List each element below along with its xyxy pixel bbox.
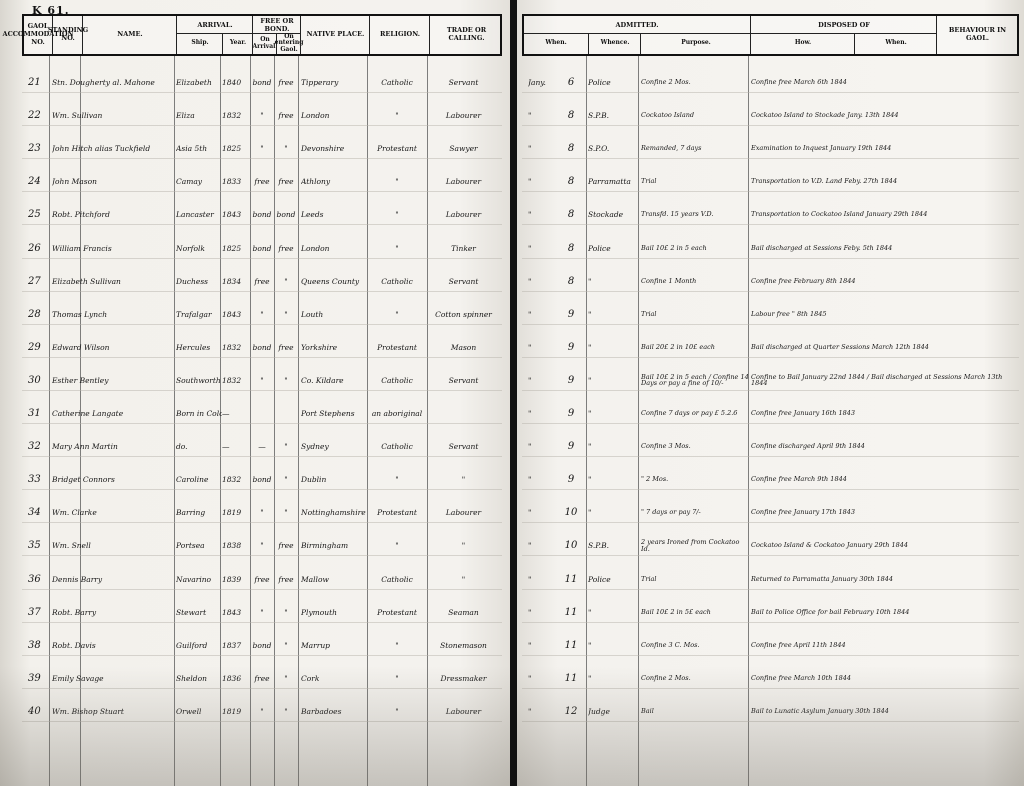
register-row-left: 30Esther BentleySouthworth1832""Co. Kild… [22, 364, 502, 397]
admitted-whence: Stockade [588, 198, 638, 231]
register-row-left: 38Robt. DavisGuilford1837bond"Marrup"Sto… [22, 629, 502, 662]
header-how: How. [750, 33, 855, 54]
admitted-month: " [528, 662, 558, 695]
native-place: Nottinghamshire [301, 496, 367, 529]
admitted-month: " [528, 596, 558, 629]
header-disposed-when: When. [854, 33, 937, 54]
entry-number: 34 [28, 496, 50, 529]
ship-name: Trafalgar [176, 298, 222, 331]
arrival-year: 1843 [222, 596, 250, 629]
religion: " [367, 695, 427, 728]
admitted-whence: " [588, 397, 638, 430]
religion: Protestant [367, 331, 427, 364]
admitted-month: " [528, 364, 558, 397]
status-on-arrival: bond [250, 463, 274, 496]
admitted-day: 9 [558, 298, 584, 331]
admission-purpose: Confine 2 Mos. [641, 662, 749, 695]
admission-purpose: Transfd. 15 years V.D. [641, 198, 749, 231]
religion: " [367, 99, 427, 132]
admission-purpose: Confine 2 Mos. [641, 66, 749, 99]
admitted-month: " [528, 165, 558, 198]
trade-or-calling: Labourer [427, 695, 500, 728]
admitted-day: 10 [558, 529, 584, 562]
register-row-right: "8"Confine 1 MonthConfine free February … [522, 265, 1019, 298]
entry-number: 32 [28, 430, 50, 463]
native-place: Devonshire [301, 132, 367, 165]
status-on-arrival: bond [250, 198, 274, 231]
prisoner-name: Elizabeth Sullivan [52, 265, 172, 298]
register-row-left: 25Robt. PitchfordLancaster1843bondbondLe… [22, 198, 502, 231]
admitted-whence: Parramatta [588, 165, 638, 198]
ship-name: Sheldon [176, 662, 222, 695]
header-on-entering-gaol: On entering Gaol. [276, 33, 301, 54]
native-place: Dublin [301, 463, 367, 496]
ship-name: Stewart [176, 596, 222, 629]
admitted-day: 11 [558, 596, 584, 629]
prisoner-name: Stn. Dougherty al. Mahone [52, 66, 172, 99]
status-on-entering-gaol: " [274, 695, 298, 728]
arrival-year: 1839 [222, 563, 250, 596]
ship-name: Navarino [176, 563, 222, 596]
entry-number: 38 [28, 629, 50, 662]
admitted-whence: Judge [588, 695, 638, 728]
admitted-month: " [528, 529, 558, 562]
disposed-of: Confine to Bail January 22nd 1844 / Bail… [751, 364, 1013, 397]
arrival-year: 1843 [222, 298, 250, 331]
admitted-day: 8 [558, 232, 584, 265]
status-on-entering-gaol: " [274, 662, 298, 695]
admitted-month: " [528, 430, 558, 463]
header-on-arrival: On Arrival. [252, 33, 277, 54]
register-row-left: 27Elizabeth SullivanDuchess1834free"Quee… [22, 265, 502, 298]
arrival-year: 1825 [222, 132, 250, 165]
native-place: Tipperary [301, 66, 367, 99]
ship-name: Camay [176, 165, 222, 198]
header-whence: Whence. [588, 33, 641, 54]
register-row-right: "8StockadeTransfd. 15 years V.D.Transpor… [522, 198, 1019, 231]
disposed-of: Labour free " 8th 1845 [751, 298, 1013, 331]
disposed-of: Cockatoo Island to Stockade Jany. 13th 1… [751, 99, 1013, 132]
religion: Protestant [367, 596, 427, 629]
admission-purpose: Bail 10£ 2 in 5£ each [641, 596, 749, 629]
disposed-of: Confine free January 16th 1843 [751, 397, 1013, 430]
status-on-entering-gaol: free [274, 232, 298, 265]
register-row-right: "11"Confine 2 Mos.Confine free March 10t… [522, 662, 1019, 695]
register-row-right: "11PoliceTrialReturned to Parramatta Jan… [522, 563, 1019, 596]
register-row-right: "8PoliceBail 10£ 2 in 5 eachBail dischar… [522, 232, 1019, 265]
admitted-month: " [528, 265, 558, 298]
status-on-entering-gaol: bond [274, 198, 298, 231]
admitted-day: 9 [558, 397, 584, 430]
admitted-whence: " [588, 662, 638, 695]
native-place: Port Stephens [301, 397, 367, 430]
status-on-arrival: " [250, 529, 274, 562]
prisoner-name: Mary Ann Martin [52, 430, 172, 463]
prisoner-name: Thomas Lynch [52, 298, 172, 331]
status-on-entering-gaol: " [274, 298, 298, 331]
arrival-year: 1836 [222, 662, 250, 695]
prisoner-name: Esther Bentley [52, 364, 172, 397]
status-on-arrival: free [250, 563, 274, 596]
disposed-of: Confine discharged April 9th 1844 [751, 430, 1013, 463]
admitted-day: 12 [558, 695, 584, 728]
status-on-arrival: " [250, 596, 274, 629]
disposed-of: Bail discharged at Sessions Feby. 5th 18… [751, 232, 1013, 265]
register-row-left: 32Mary Ann Martindo.——"SydneyCatholicSer… [22, 430, 502, 463]
status-on-arrival: " [250, 364, 274, 397]
admitted-whence: Police [588, 563, 638, 596]
ship-name: Barring [176, 496, 222, 529]
admission-purpose: " 2 Mos. [641, 463, 749, 496]
status-on-entering-gaol: free [274, 99, 298, 132]
admitted-month: " [528, 99, 558, 132]
admission-purpose: Confine 3 Mos. [641, 430, 749, 463]
admitted-month: " [528, 298, 558, 331]
native-place: Sydney [301, 430, 367, 463]
prisoner-name: Edward Wilson [52, 331, 172, 364]
status-on-arrival: free [250, 265, 274, 298]
admitted-day: 8 [558, 132, 584, 165]
status-on-entering-gaol: " [274, 364, 298, 397]
admitted-month: " [528, 496, 558, 529]
admission-purpose: Bail 20£ 2 in 10£ each [641, 331, 749, 364]
admitted-whence: " [588, 463, 638, 496]
register-row-right: "9"TrialLabour free " 8th 1845 [522, 298, 1019, 331]
religion: " [367, 662, 427, 695]
trade-or-calling: Labourer [427, 165, 500, 198]
disposed-of: Confine free March 10th 1844 [751, 662, 1013, 695]
status-on-arrival: free [250, 662, 274, 695]
religion: " [367, 232, 427, 265]
status-on-entering-gaol: " [274, 430, 298, 463]
ship-name: Guilford [176, 629, 222, 662]
admission-purpose: Bail 10£ 2 in 5 each [641, 232, 749, 265]
register-row-left: 31Catherine LangateBorn in Colony—Port S… [22, 397, 502, 430]
entry-number: 30 [28, 364, 50, 397]
status-on-entering-gaol: free [274, 529, 298, 562]
prisoner-name: Robt. Davis [52, 629, 172, 662]
disposed-of: Bail to Police Office for bail February … [751, 596, 1013, 629]
disposed-of: Confine free April 11th 1844 [751, 629, 1013, 662]
header-purpose: Purpose. [640, 33, 751, 54]
admitted-whence: Police [588, 66, 638, 99]
arrival-year: 1825 [222, 232, 250, 265]
disposed-of: Confine free February 8th 1844 [751, 265, 1013, 298]
disposed-of: Confine free January 17th 1843 [751, 496, 1013, 529]
trade-or-calling: Servant [427, 364, 500, 397]
register-row-right: "8S.P.B.Cockatoo IslandCockatoo Island t… [522, 99, 1019, 132]
trade-or-calling: Seaman [427, 596, 500, 629]
admitted-whence: " [588, 596, 638, 629]
admitted-month: " [528, 331, 558, 364]
admitted-month: Jany. [528, 66, 558, 99]
admitted-whence: S.P.O. [588, 132, 638, 165]
admitted-month: " [528, 132, 558, 165]
status-on-entering-gaol: free [274, 563, 298, 596]
prisoner-name: Robt. Pitchford [52, 198, 172, 231]
religion: " [367, 629, 427, 662]
trade-or-calling: Mason [427, 331, 500, 364]
register-row-right: "9"" 2 Mos.Confine free March 9th 1844 [522, 463, 1019, 496]
register-row-right: "8ParramattaTrialTransportation to V.D. … [522, 165, 1019, 198]
disposed-of: Transportation to V.D. Land Feby. 27th 1… [751, 165, 1013, 198]
arrival-year: 1843 [222, 198, 250, 231]
admission-purpose: Bail 10£ 2 in 5 each / Confine 14 Days o… [641, 364, 749, 397]
admitted-day: 11 [558, 662, 584, 695]
religion: Catholic [367, 430, 427, 463]
admitted-day: 8 [558, 265, 584, 298]
entry-number: 23 [28, 132, 50, 165]
register-row-right: "9"Confine 3 Mos.Confine discharged Apri… [522, 430, 1019, 463]
admitted-day: 8 [558, 99, 584, 132]
arrival-year: 1833 [222, 165, 250, 198]
arrival-year: 1837 [222, 629, 250, 662]
admission-purpose: Confine 3 C. Mos. [641, 629, 749, 662]
arrival-year: 1834 [222, 265, 250, 298]
status-on-entering-gaol: free [274, 165, 298, 198]
admitted-day: 6 [558, 66, 584, 99]
entry-number: 31 [28, 397, 50, 430]
register-row-left: 23John Hitch alias TuckfieldAsia 5th1825… [22, 132, 502, 165]
admitted-whence: " [588, 331, 638, 364]
religion: " [367, 198, 427, 231]
ship-name: Orwell [176, 695, 222, 728]
status-on-entering-gaol: " [274, 496, 298, 529]
religion: " [367, 165, 427, 198]
status-on-arrival: " [250, 298, 274, 331]
admitted-day: 9 [558, 331, 584, 364]
prisoner-name: Emily Savage [52, 662, 172, 695]
native-place: Co. Kildare [301, 364, 367, 397]
entry-number: 25 [28, 198, 50, 231]
prisoner-name: Robt. Barry [52, 596, 172, 629]
arrival-year: 1832 [222, 463, 250, 496]
native-place: Yorkshire [301, 331, 367, 364]
entry-number: 37 [28, 596, 50, 629]
admitted-day: 8 [558, 198, 584, 231]
status-on-arrival: " [250, 99, 274, 132]
register-row-right: "10S.P.B.2 years Ironed from Cockatoo Id… [522, 529, 1019, 562]
left-page: K 61. Gaol Accommodation No. Standing No… [0, 0, 510, 786]
disposed-of: Bail to Lunatic Asylum January 30th 1844 [751, 695, 1013, 728]
header-disposed-of: Disposed of [750, 16, 937, 34]
admitted-whence: " [588, 629, 638, 662]
ship-name: Elizabeth [176, 66, 222, 99]
ship-name: Caroline [176, 463, 222, 496]
status-on-arrival: bond [250, 331, 274, 364]
register-row-right: "9"Bail 20£ 2 in 10£ eachBail discharged… [522, 331, 1019, 364]
ship-name: Hercules [176, 331, 222, 364]
ship-name: Born in Colony [176, 397, 222, 430]
register-row-right: "10"" 7 days or pay 7/-Confine free Janu… [522, 496, 1019, 529]
arrival-year: 1840 [222, 66, 250, 99]
header-trade: Trade or Calling. [429, 16, 503, 54]
ship-name: Asia 5th [176, 132, 222, 165]
ship-name: Duchess [176, 265, 222, 298]
register-row-right: "9"Confine 7 days or pay £ 5.2.6Confine … [522, 397, 1019, 430]
right-header-row: Admitted. When. Whence. Purpose. Dispose… [522, 14, 1019, 56]
admission-purpose: 2 years Ironed from Cockatoo Id. [641, 529, 749, 562]
trade-or-calling: Sawyer [427, 132, 500, 165]
admitted-whence: " [588, 265, 638, 298]
entry-number: 39 [28, 662, 50, 695]
header-religion: Religion. [369, 16, 430, 54]
status-on-entering-gaol [274, 397, 298, 430]
admitted-whence: " [588, 430, 638, 463]
status-on-arrival: " [250, 496, 274, 529]
religion: " [367, 529, 427, 562]
arrival-year: 1819 [222, 695, 250, 728]
prisoner-name: John Hitch alias Tuckfield [52, 132, 172, 165]
prisoner-name: Catherine Langate [52, 397, 172, 430]
register-row-right: "12JudgeBailBail to Lunatic Asylum Janua… [522, 695, 1019, 728]
religion: Catholic [367, 66, 427, 99]
entry-number: 21 [28, 66, 50, 99]
status-on-arrival: " [250, 695, 274, 728]
arrival-year: 1832 [222, 364, 250, 397]
trade-or-calling: Labourer [427, 496, 500, 529]
status-on-arrival: " [250, 132, 274, 165]
ship-name: Portsea [176, 529, 222, 562]
admitted-month: " [528, 397, 558, 430]
entry-number: 28 [28, 298, 50, 331]
entry-number: 29 [28, 331, 50, 364]
entry-number: 33 [28, 463, 50, 496]
trade-or-calling: " [427, 463, 500, 496]
native-place: Leeds [301, 198, 367, 231]
trade-or-calling: Labourer [427, 198, 500, 231]
religion: " [367, 298, 427, 331]
register-row-left: 39Emily SavageSheldon1836free"Cork"Dress… [22, 662, 502, 695]
admitted-whence: " [588, 496, 638, 529]
prisoner-name: Dennis Barry [52, 563, 172, 596]
register-row-left: 29Edward WilsonHercules1832bondfreeYorks… [22, 331, 502, 364]
religion: Catholic [367, 364, 427, 397]
disposed-of: Examination to Inquest January 19th 1844 [751, 132, 1013, 165]
native-place: Athlony [301, 165, 367, 198]
admission-purpose: " 7 days or pay 7/- [641, 496, 749, 529]
ship-name: Norfolk [176, 232, 222, 265]
register-row-left: 24John MasonCamay1833freefreeAthlony"Lab… [22, 165, 502, 198]
header-native-place: Native Place. [300, 16, 370, 54]
trade-or-calling: Servant [427, 265, 500, 298]
prisoner-name: William Francis [52, 232, 172, 265]
ship-name: Southworth [176, 364, 222, 397]
religion: Protestant [367, 132, 427, 165]
disposed-of: Confine free March 6th 1844 [751, 66, 1013, 99]
arrival-year: 1832 [222, 99, 250, 132]
trade-or-calling: Servant [427, 66, 500, 99]
religion: Catholic [367, 265, 427, 298]
admitted-whence: Police [588, 232, 638, 265]
admitted-day: 11 [558, 563, 584, 596]
admission-purpose: Confine 1 Month [641, 265, 749, 298]
status-on-arrival: bond [250, 232, 274, 265]
admission-purpose: Trial [641, 298, 749, 331]
status-on-arrival: bond [250, 66, 274, 99]
entry-number: 27 [28, 265, 50, 298]
admitted-month: " [528, 198, 558, 231]
trade-or-calling: Tinker [427, 232, 500, 265]
trade-or-calling: Cotton spinner [427, 298, 500, 331]
status-on-entering-gaol: " [274, 629, 298, 662]
admitted-month: " [528, 463, 558, 496]
register-row-left: 28Thomas LynchTrafalgar1843""Louth"Cotto… [22, 298, 502, 331]
trade-or-calling: " [427, 529, 500, 562]
admitted-day: 11 [558, 629, 584, 662]
admitted-whence: " [588, 364, 638, 397]
arrival-year: 1838 [222, 529, 250, 562]
entry-number: 40 [28, 695, 50, 728]
admitted-month: " [528, 695, 558, 728]
trade-or-calling [427, 397, 500, 430]
admitted-month: " [528, 232, 558, 265]
right-page: Admitted. When. Whence. Purpose. Dispose… [517, 0, 1024, 786]
register-row-left: 21Stn. Dougherty al. MahoneElizabeth1840… [22, 66, 502, 99]
left-header-row: Gaol Accommodation No. Standing No. Name… [22, 14, 502, 56]
native-place: Louth [301, 298, 367, 331]
status-on-arrival: bond [250, 629, 274, 662]
trade-or-calling: Labourer [427, 99, 500, 132]
admitted-whence: S.P.B. [588, 529, 638, 562]
admitted-day: 8 [558, 165, 584, 198]
admission-purpose: Trial [641, 563, 749, 596]
header-ship: Ship. [176, 33, 223, 54]
native-place: Birmingham [301, 529, 367, 562]
status-on-entering-gaol: free [274, 66, 298, 99]
disposed-of: Returned to Parramatta January 30th 1844 [751, 563, 1013, 596]
disposed-of: Bail discharged at Quarter Sessions Marc… [751, 331, 1013, 364]
admission-purpose: Remanded, 7 days [641, 132, 749, 165]
ship-name: Lancaster [176, 198, 222, 231]
religion: Catholic [367, 563, 427, 596]
register-row-right: "9"Bail 10£ 2 in 5 each / Confine 14 Day… [522, 364, 1019, 397]
status-on-entering-gaol: " [274, 463, 298, 496]
admitted-day: 9 [558, 430, 584, 463]
register-row-right: "11"Confine 3 C. Mos.Confine free April … [522, 629, 1019, 662]
admission-purpose: Confine 7 days or pay £ 5.2.6 [641, 397, 749, 430]
prisoner-name: Wm. Clarke [52, 496, 172, 529]
ship-name: do. [176, 430, 222, 463]
admitted-day: 9 [558, 463, 584, 496]
register-row-left: 40Wm. Bishop StuartOrwell1819""Barbadoes… [22, 695, 502, 728]
prisoner-name: Wm. Sullivan [52, 99, 172, 132]
header-admitted-when: When. [524, 33, 588, 54]
admission-purpose: Trial [641, 165, 749, 198]
register-row-right: "8S.P.O.Remanded, 7 daysExamination to I… [522, 132, 1019, 165]
entry-number: 22 [28, 99, 50, 132]
register-row-right: "11"Bail 10£ 2 in 5£ eachBail to Police … [522, 596, 1019, 629]
disposed-of: Transportation to Cockatoo Island Januar… [751, 198, 1013, 231]
native-place: Plymouth [301, 596, 367, 629]
register-row-right: Jany.6PoliceConfine 2 Mos.Confine free M… [522, 66, 1019, 99]
header-free-or-bond: Free or Bond. [252, 16, 301, 34]
arrival-year: 1832 [222, 331, 250, 364]
disposed-of: Cockatoo Island & Cockatoo January 29th … [751, 529, 1013, 562]
status-on-entering-gaol: " [274, 265, 298, 298]
status-on-entering-gaol: free [274, 331, 298, 364]
ship-name: Eliza [176, 99, 222, 132]
header-year: Year. [222, 33, 253, 54]
admitted-day: 9 [558, 364, 584, 397]
entry-number: 36 [28, 563, 50, 596]
register-row-left: 26William FrancisNorfolk1825bondfreeLond… [22, 232, 502, 265]
admission-purpose: Bail [641, 695, 749, 728]
arrival-year: — [222, 397, 250, 430]
native-place: Marrup [301, 629, 367, 662]
admitted-month: " [528, 629, 558, 662]
register-row-left: 36Dennis BarryNavarino1839freefreeMallow… [22, 563, 502, 596]
